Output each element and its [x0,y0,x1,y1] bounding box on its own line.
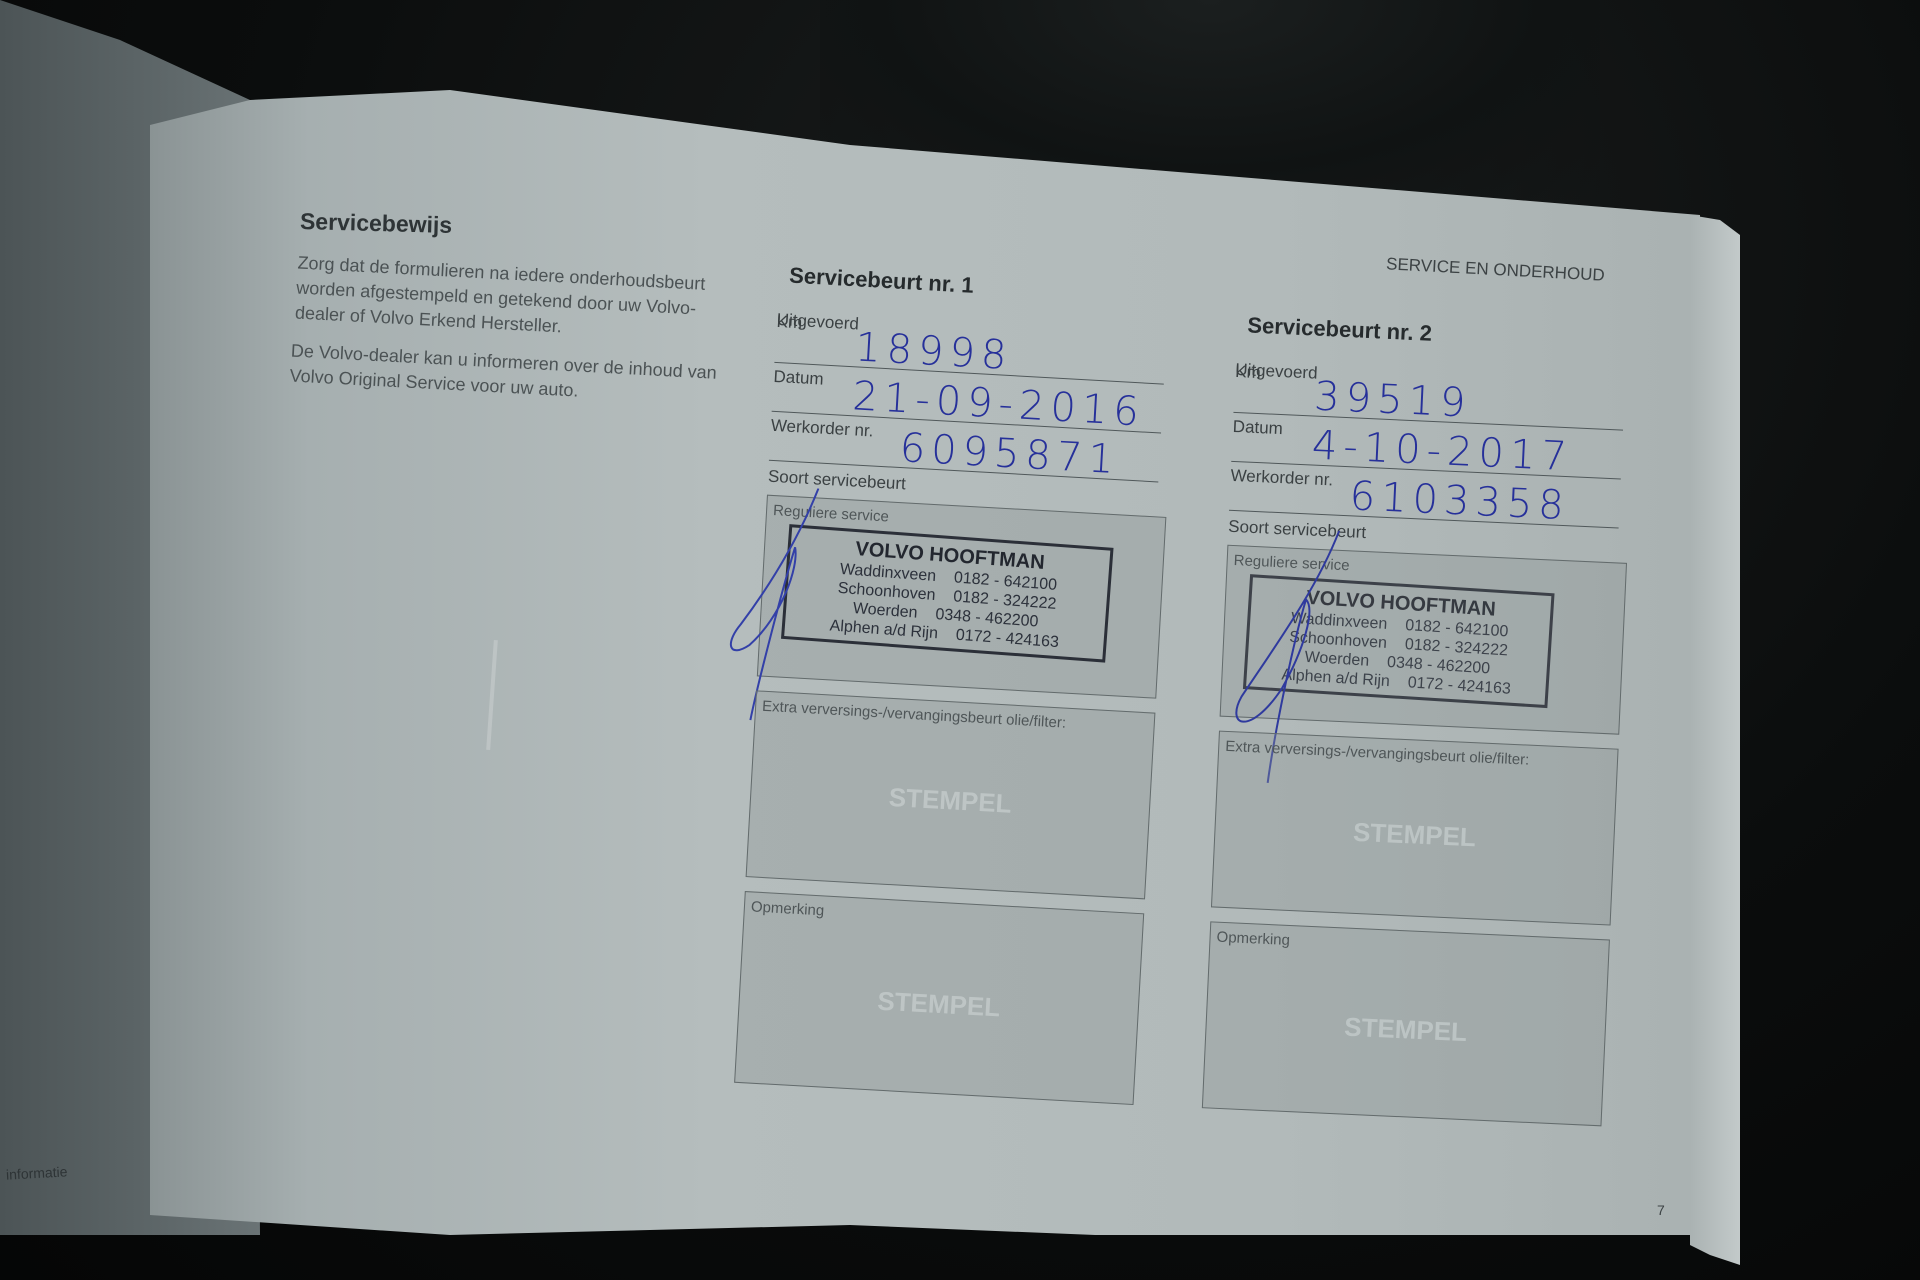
remark-box: Opmerking STEMPEL [1202,921,1610,1126]
remark-box: Opmerking STEMPEL [734,891,1144,1105]
remark-label: Opmerking [750,898,824,919]
intro-title: Servicebewijs [300,208,453,239]
extra-service-box: Extra verversings-/vervangingsbeurt olie… [1211,731,1619,926]
regular-service-label: Reguliere service [773,502,890,525]
work-order-value: 6095871 [899,425,1121,483]
extra-service-box: Extra verversings-/vervangingsbeurt olie… [746,690,1156,899]
work-order-label: Werkorder nr. [1230,466,1333,491]
remark-label: Opmerking [1216,929,1290,949]
stamp-placeholder: STEMPEL [1215,810,1614,859]
date-label: Datum [1232,417,1283,439]
regular-service-box: Reguliere service VOLVO HOOFTMAN Waddinx… [1220,545,1627,735]
page-number: 7 [1657,1202,1665,1218]
stamp-placeholder: STEMPEL [1206,1006,1605,1055]
date-label: Datum [773,367,824,390]
stamp-placeholder: STEMPEL [751,775,1150,828]
service-record-2: Servicebeurt nr. 2 Uitgevoerd Km 39519 D… [1202,312,1638,1126]
extra-service-label: Extra verversings-/vervangingsbeurt olie… [1225,738,1530,769]
left-page-footer: informatie [6,1163,68,1182]
regular-service-box: Reguliere service VOLVO HOOFTMAN Waddinx… [757,495,1167,699]
dealer-stamp: VOLVO HOOFTMAN Waddinxveen0182 - 642100 … [781,524,1114,662]
work-order-label: Werkorder nr. [770,416,874,442]
km-label: Km [1235,362,1261,383]
service-record-1: Servicebeurt nr. 1 Uitgevoerd Km 18998 D… [734,262,1179,1105]
stamp-placeholder: STEMPEL [739,977,1138,1030]
page-stack-edge [1690,215,1740,1265]
dealer-stamp: VOLVO HOOFTMAN Waddinxveen0182 - 642100 … [1243,574,1555,708]
work-order-value: 6103358 [1349,473,1571,529]
extra-service-label: Extra verversings-/vervangingsbeurt olie… [762,698,1067,732]
km-label: Km [776,312,803,333]
regular-service-label: Reguliere service [1233,552,1350,574]
